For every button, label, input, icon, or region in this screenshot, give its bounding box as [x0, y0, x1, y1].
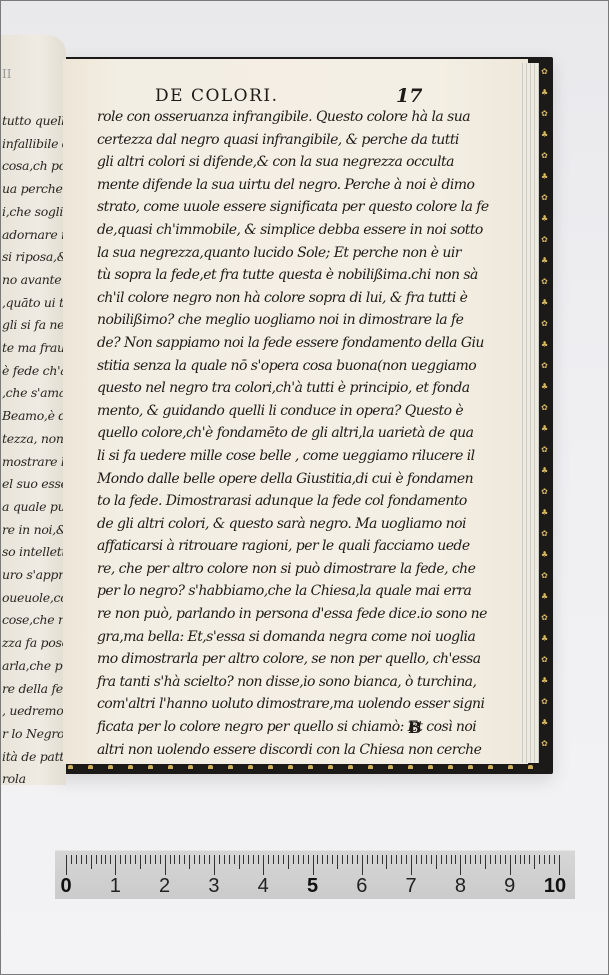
left-page-line: adornare i prati, — [2, 227, 66, 242]
ruler-tick — [248, 855, 249, 864]
ruler-tick — [382, 855, 383, 864]
left-page-line: re in noi,& con — [2, 522, 66, 537]
text-line: ch'il colore negro non hà colore sopra d… — [97, 287, 406, 310]
ruler-tick — [253, 855, 254, 864]
left-page-line: no avante dur — [2, 272, 66, 287]
left-page-line: si riposa,& tan — [2, 249, 66, 264]
left-page-line: r lo Negro; — [2, 726, 66, 741]
ruler-tick — [372, 855, 373, 864]
ruler-tick — [91, 855, 92, 869]
text-line: de,quasi ch'immobile, & simplice debba e… — [97, 219, 406, 242]
ruler-label: 7 — [406, 875, 417, 898]
ruler-label: 10 — [544, 875, 566, 898]
gilt-ornament-icon — [148, 765, 153, 769]
ruler-tick — [174, 855, 175, 864]
text-line: altri non uolendo essere discordi con la… — [97, 739, 406, 762]
left-page-line: zza fa poscia — [2, 635, 66, 650]
ruler-tick — [337, 855, 338, 869]
ruler-tick — [243, 855, 244, 864]
ruler-tick — [105, 855, 106, 864]
gilt-ornament-icon: ✿ — [541, 446, 548, 453]
gilt-ornament-icon — [108, 765, 113, 769]
left-page-line: cosa,ch possa so — [2, 158, 66, 173]
gilt-ornament-icon: ✿ — [541, 194, 548, 201]
gilt-ornament-icon: ♣ — [541, 257, 548, 264]
gilt-ornament-icon: ✿ — [541, 740, 548, 747]
gilt-binding-bottom — [62, 763, 548, 772]
gilt-ornament-icon: ♣ — [541, 593, 548, 600]
ruler-tick — [293, 855, 294, 864]
ruler-tick — [184, 855, 185, 864]
ruler-tick — [234, 855, 235, 864]
ruler-tick — [421, 855, 422, 864]
ruler-tick — [470, 855, 471, 864]
ruler-tick — [298, 855, 299, 864]
ruler-tick — [125, 855, 126, 864]
ruler-tick — [214, 855, 215, 875]
ruler-tick — [332, 855, 333, 864]
ruler-tick — [534, 855, 535, 869]
ruler-label: 6 — [356, 875, 367, 898]
ruler-tick — [135, 855, 136, 864]
ruler-tick — [455, 855, 456, 864]
ruler-tick — [189, 855, 190, 869]
text-line: mento, & guidando quelli li conduce in o… — [97, 400, 406, 423]
ruler-tick — [150, 855, 151, 864]
ruler-tick — [490, 855, 491, 864]
text-line: stitia senza la quale nō s'opera cosa bu… — [97, 355, 406, 378]
ruler-tick — [194, 855, 195, 864]
gilt-ornament-icon — [388, 765, 393, 769]
text-line: de gli altri colori, & questo sarà negro… — [97, 513, 406, 536]
text-line: ficata per lo colore negro per quello si… — [97, 716, 406, 739]
ruler-tick — [66, 855, 67, 875]
text-line: quello colore,ch'è fondamēto de gli altr… — [97, 422, 406, 445]
gilt-ornament-icon: ♣ — [541, 467, 548, 474]
ruler-tick — [465, 855, 466, 864]
ruler-tick — [229, 855, 230, 864]
gilt-ornament-icon: ✿ — [541, 572, 548, 579]
ruler-tick — [549, 855, 550, 864]
left-page-line: el suo essere fin — [2, 476, 66, 491]
gilt-ornament-icon: ♣ — [541, 341, 548, 348]
text-line: de? Non sappiamo noi la fede essere fond… — [97, 332, 406, 355]
gilt-ornament-icon: ♣ — [541, 299, 548, 306]
ruler-tick — [81, 855, 82, 864]
signature-mark: B — [408, 718, 422, 737]
left-page-line: , uedremo non — [2, 703, 66, 718]
ruler-tick — [446, 855, 447, 864]
ruler-tick — [391, 855, 392, 864]
text-line: fra tanti s'hà scielto? non disse,io son… — [97, 671, 406, 694]
left-page-line: a quale purità — [2, 499, 66, 514]
text-line: re, che per altro colore non si può dimo… — [97, 558, 406, 581]
text-line: gra,ma bella: Et,s'essa si domanda negra… — [97, 626, 406, 649]
ruler-tick — [431, 855, 432, 864]
left-page-line: oueuole,come — [2, 590, 66, 605]
ruler-tick — [86, 855, 87, 864]
text-line: mo dimostrarla per altro colore, se non … — [97, 648, 406, 671]
gilt-ornament-icon: ♣ — [541, 551, 548, 558]
text-line: com'altri l'hanno uoluto dimostrare,ma u… — [97, 693, 406, 716]
gilt-ornament-icon: ✿ — [541, 530, 548, 537]
gilt-ornament-icon — [408, 765, 413, 769]
left-page-line: re della fede, — [2, 681, 66, 696]
gilt-ornament-icon: ♣ — [541, 173, 548, 180]
ruler-tick — [554, 855, 555, 864]
page-edges — [519, 63, 539, 763]
left-page-line: Beamo,è di man — [2, 408, 66, 423]
text-line: questo nel negro tra colori,ch'à tutti è… — [97, 377, 406, 400]
left-page-line: è fede ch'amore, — [2, 363, 66, 378]
gilt-ornament-icon: ✿ — [541, 488, 548, 495]
gilt-ornament-icon — [128, 765, 133, 769]
gilt-ornament-icon — [508, 765, 513, 769]
left-page-line: ua perche da ch — [2, 181, 66, 196]
gilt-ornament-icon — [448, 765, 453, 769]
ruler-tick — [520, 855, 521, 864]
ruler-tick — [165, 855, 166, 875]
left-page-line: tezza, non sam — [2, 431, 66, 446]
ruler-label: 1 — [110, 875, 121, 898]
ruler-tick — [155, 855, 156, 864]
ruler-tick — [101, 855, 102, 864]
ruler-tick — [505, 855, 506, 864]
gilt-ornament-icon — [228, 765, 233, 769]
left-page: II tutto quello cheinfallibile decrecosa… — [0, 35, 66, 785]
ruler-tick — [130, 855, 131, 864]
text-line: la sua negrezza,quanto lucido Sole; Et p… — [97, 242, 406, 265]
ruler-tick — [436, 855, 437, 869]
gilt-ornament-icon — [368, 765, 373, 769]
ruler-tick — [140, 855, 141, 869]
gilt-ornament-icon — [268, 765, 273, 769]
ruler-tick — [539, 855, 540, 864]
text-line: gli altri colori si difende,& con la sua… — [97, 151, 406, 174]
gilt-ornament-icon: ♣ — [541, 509, 548, 516]
text-line: per lo negro? s'habbiamo,che la Chiesa,l… — [97, 580, 406, 603]
left-page-line: rola — [2, 771, 26, 785]
gilt-ornament-icon — [68, 765, 73, 769]
gilt-ornament-icon: ✿ — [541, 656, 548, 663]
ruler-label: 0 — [60, 875, 71, 898]
text-line: mente difende la sua uirtu del negro. Pe… — [97, 174, 406, 197]
ruler-tick — [342, 855, 343, 864]
left-page-line: te ma fraudatori — [2, 340, 66, 355]
ruler-tick — [96, 855, 97, 864]
gilt-ornament-icon — [188, 765, 193, 769]
gilt-ornament-icon — [328, 765, 333, 769]
scale-ruler: 012345678910 — [55, 850, 575, 899]
gilt-ornament-icon: ✿ — [541, 68, 548, 75]
gilt-ornament-icon: ♣ — [541, 383, 548, 390]
gilt-ornament-icon — [208, 765, 213, 769]
gilt-ornament-icon: ♣ — [541, 425, 548, 432]
gilt-ornament-icon: ✿ — [541, 236, 548, 243]
left-page-line: so intelletto. E — [2, 544, 66, 559]
ruler-tick — [120, 855, 121, 864]
ruler-label: 9 — [504, 875, 515, 898]
ruler-tick — [426, 855, 427, 864]
ruler-tick — [475, 855, 476, 864]
left-page-line: gli si fa nemico, — [2, 317, 66, 332]
gilt-ornament-icon — [348, 765, 353, 769]
ruler-tick — [327, 855, 328, 864]
gilt-ornament-icon: ✿ — [541, 362, 548, 369]
gilt-ornament-icon — [248, 765, 253, 769]
left-page-line: mostrare la sua — [2, 454, 66, 469]
ruler-tick — [529, 855, 530, 864]
gilt-ornament-icon: ✿ — [541, 278, 548, 285]
ruler-tick — [480, 855, 481, 864]
ruler-tick — [460, 855, 461, 875]
gilt-ornament-icon: ♣ — [541, 215, 548, 222]
left-page-line: i,che sogliono le — [2, 204, 66, 219]
text-line: tù sopra la fede,et fra tutte questa è n… — [97, 264, 406, 287]
ruler-tick — [357, 855, 358, 864]
gilt-ornament-icon: ✿ — [541, 614, 548, 621]
ruler-label: 2 — [159, 875, 170, 898]
ruler-tick — [278, 855, 279, 864]
ruler-tick — [313, 855, 314, 875]
ruler-tick — [283, 855, 284, 864]
gilt-ornament-icon: ✿ — [541, 152, 548, 159]
ruler-tick — [495, 855, 496, 864]
ruler-tick — [308, 855, 309, 864]
ruler-tick — [396, 855, 397, 864]
ruler-tick — [451, 855, 452, 864]
ruler-tick — [416, 855, 417, 864]
gilt-ornament-icon: ♣ — [541, 89, 548, 96]
gilt-ornament-icon — [288, 765, 293, 769]
ruler-tick — [500, 855, 501, 864]
ruler-tick — [273, 855, 274, 864]
text-line: nobilißimo? che meglio uogliamo noi in d… — [97, 309, 406, 332]
left-page-line: ità de patti, et — [2, 749, 66, 764]
ruler-tick — [115, 855, 116, 875]
ruler-tick — [145, 855, 146, 864]
ruler-tick — [485, 855, 486, 869]
text-line: strato, come uuole essere significata pe… — [97, 196, 406, 219]
gilt-ornament-icon — [528, 765, 533, 769]
left-page-line: cose,che non ueg — [2, 612, 66, 627]
ruler-tick — [411, 855, 412, 875]
ruler-tick — [303, 855, 304, 864]
ruler-tick — [515, 855, 516, 864]
ruler-tick — [317, 855, 318, 864]
text-line: re non può, parlando in persona d'essa f… — [97, 603, 406, 626]
gilt-ornament-icon: ♣ — [541, 635, 548, 642]
text-line: li si fa uedere mille cose belle , come … — [97, 445, 406, 468]
ruler-tick — [510, 855, 511, 875]
left-page-line: arla,che può fi — [2, 658, 66, 673]
ruler-tick — [524, 855, 525, 864]
ruler-tick — [224, 855, 225, 864]
ruler-tick — [179, 855, 180, 864]
ruler-tick — [239, 855, 240, 869]
ruler-label: 4 — [258, 875, 269, 898]
text-line: role con osseruanza infrangibile. Questo… — [97, 106, 406, 129]
running-head: DE COLORI. — [155, 86, 279, 106]
gilt-ornament-icon: ✿ — [541, 110, 548, 117]
gilt-ornament-icon: ✿ — [541, 404, 548, 411]
ruler-tick — [352, 855, 353, 864]
ruler-tick — [347, 855, 348, 864]
text-line: to la fede. Dimostrarasi adunque la fede… — [97, 490, 406, 513]
ruler-tick — [170, 855, 171, 864]
ruler-tick — [288, 855, 289, 869]
ruler-tick — [441, 855, 442, 864]
ruler-tick — [322, 855, 323, 864]
ruler-tick — [209, 855, 210, 864]
gilt-ornament-icon: ✿ — [541, 320, 548, 327]
left-page-mark: II — [2, 67, 11, 81]
ruler-tick — [401, 855, 402, 864]
ruler-tick — [71, 855, 72, 864]
left-page-line: uro s'appresent — [2, 567, 66, 582]
gilt-ornament-icon: ♣ — [541, 719, 548, 726]
ruler-label: 5 — [307, 875, 318, 898]
left-page-line: infallibile decre — [2, 136, 66, 151]
text-line: certezza dal negro quasi infrangibile, &… — [97, 129, 406, 152]
gilt-ornament-icon — [168, 765, 173, 769]
ruler-tick — [258, 855, 259, 864]
ruler-tick — [160, 855, 161, 864]
ruler-tick — [367, 855, 368, 864]
gilt-ornament-icon — [308, 765, 313, 769]
ruler-label: 3 — [208, 875, 219, 898]
ruler-tick — [263, 855, 264, 875]
gilt-ornament-icon — [428, 765, 433, 769]
gilt-ornament-icon — [88, 765, 93, 769]
ruler-tick — [559, 855, 560, 875]
left-page-line: ,quāto ui truoua — [2, 295, 66, 310]
page-number: 17 — [396, 85, 422, 107]
ruler-tick — [362, 855, 363, 875]
text-line: Mondo dalle belle opere della Giustitia,… — [97, 468, 406, 491]
ruler-tick — [377, 855, 378, 864]
ruler-tick — [110, 855, 111, 864]
gilt-ornament-icon: ♣ — [541, 131, 548, 138]
gilt-ornament-icon — [468, 765, 473, 769]
left-page-line: ,che s'ama,che — [2, 385, 66, 400]
left-page-line: tutto quello che — [2, 113, 66, 128]
ruler-tick — [406, 855, 407, 864]
text-line: affaticarsi à ritrouare ragioni, per le … — [97, 535, 406, 558]
page-text-block: role con osseruanza infrangibile. Questo… — [97, 106, 406, 761]
gilt-ornament-icon — [488, 765, 493, 769]
ruler-tick — [268, 855, 269, 864]
gilt-ornament-icon: ♣ — [541, 677, 548, 684]
ruler-tick — [544, 855, 545, 864]
ruler-tick — [199, 855, 200, 864]
ruler-tick — [76, 855, 77, 864]
ruler-tick — [204, 855, 205, 864]
ruler-tick — [386, 855, 387, 869]
ruler-tick — [219, 855, 220, 864]
gilt-ornament-icon: ✿ — [541, 698, 548, 705]
ruler-label: 8 — [455, 875, 466, 898]
